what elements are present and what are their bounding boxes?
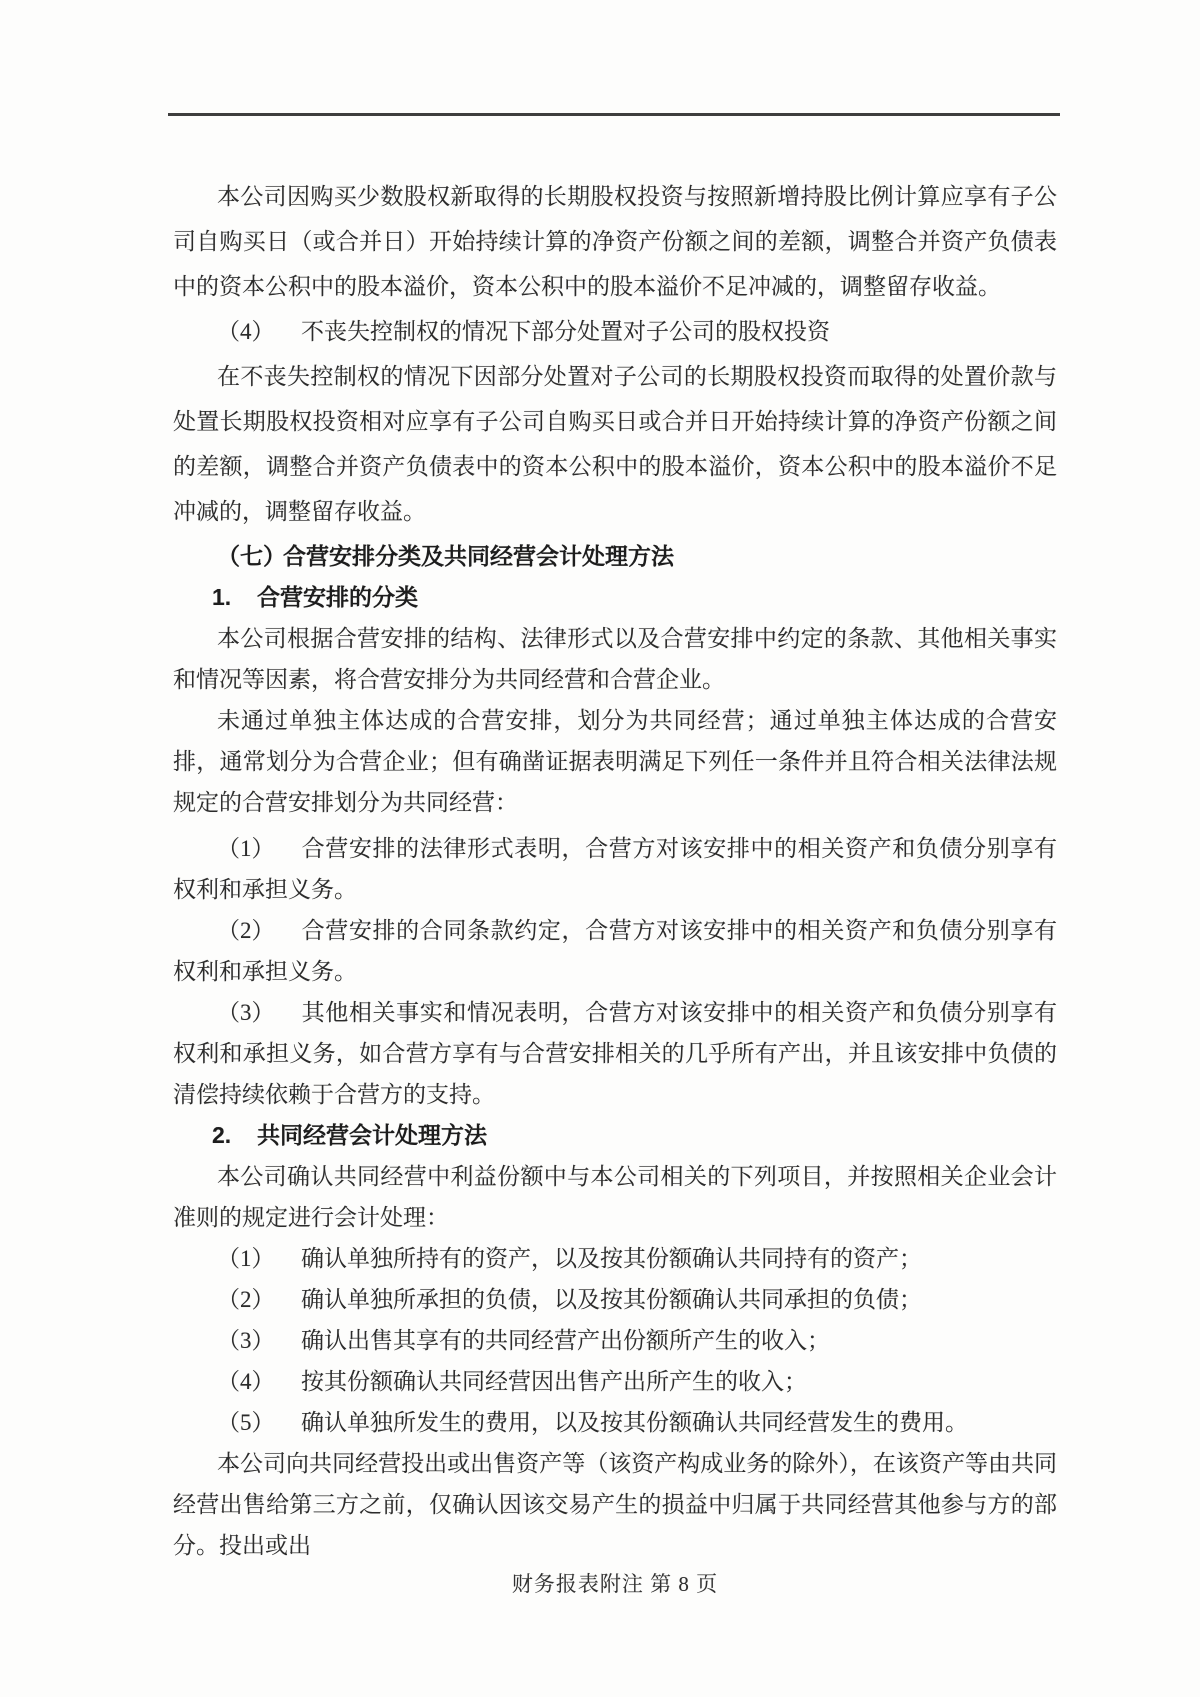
item-number: （1）	[217, 1238, 301, 1279]
item-number: （2）	[217, 1279, 301, 1320]
subsection-heading: 1.合营安排的分类	[173, 577, 1057, 618]
item-number: （3）	[217, 1320, 301, 1361]
document-body: 本公司因购买少数股权新取得的长期股权投资与按照新增持股比例计算应享有子公司自购买…	[173, 174, 1057, 1566]
section-number: （七）	[217, 536, 283, 577]
section-heading: （七）合营安排分类及共同经营会计处理方法	[173, 536, 1057, 577]
subsection-number: 2.	[212, 1115, 257, 1156]
numbered-item: （3）其他相关事实和情况表明，合营方对该安排中的相关资产和负债分别享有权利和承担…	[173, 992, 1057, 1115]
document-page: 本公司因购买少数股权新取得的长期股权投资与按照新增持股比例计算应享有子公司自购买…	[0, 0, 1200, 1697]
item-text: 不丧失控制权的情况下部分处置对子公司的股权投资	[301, 319, 830, 344]
item-text: 确认出售其享有的共同经营产出份额所产生的收入；	[301, 1328, 830, 1353]
item-text: 按其份额确认共同经营因出售产出所产生的收入；	[301, 1369, 807, 1394]
item-number: （3）	[217, 992, 301, 1033]
paragraph: 本公司向共同经营投出或出售资产等（该资产构成业务的除外），在该资产等由共同经营出…	[173, 1443, 1057, 1566]
paragraph: 未通过单独主体达成的合营安排，划分为共同经营；通过单独主体达成的合营安排，通常划…	[173, 700, 1057, 823]
numbered-item: （1）确认单独所持有的资产，以及按其份额确认共同持有的资产；	[173, 1238, 1057, 1279]
item-text: 合营安排的法律形式表明，合营方对该安排中的相关资产和负债分别享有权利和承担义务。	[173, 836, 1057, 902]
item-number: （4）	[217, 1361, 301, 1402]
paragraph: 本公司因购买少数股权新取得的长期股权投资与按照新增持股比例计算应享有子公司自购买…	[173, 174, 1057, 309]
header-rule	[168, 113, 1060, 116]
numbered-item: （4）按其份额确认共同经营因出售产出所产生的收入；	[173, 1361, 1057, 1402]
item-number: （5）	[217, 1402, 301, 1443]
page-footer-text: 财务报表附注 第 8 页	[512, 1572, 718, 1596]
paragraph: 本公司确认共同经营中利益份额中与本公司相关的下列项目，并按照相关企业会计准则的规…	[173, 1156, 1057, 1238]
subsection-title: 合营安排的分类	[257, 584, 418, 610]
paragraph: 在不丧失控制权的情况下因部分处置对子公司的长期股权投资而取得的处置价款与处置长期…	[173, 354, 1057, 534]
section-title: 合营安排分类及共同经营会计处理方法	[283, 543, 674, 569]
page-footer: 财务报表附注 第 8 页	[173, 1568, 1057, 1598]
paragraph: 本公司根据合营安排的结构、法律形式以及合营安排中约定的条款、其他相关事实和情况等…	[173, 618, 1057, 700]
item-text: 合营安排的合同条款约定，合营方对该安排中的相关资产和负债分别享有权利和承担义务。	[173, 918, 1057, 984]
numbered-item: （2）合营安排的合同条款约定，合营方对该安排中的相关资产和负债分别享有权利和承担…	[173, 910, 1057, 992]
item-text: 其他相关事实和情况表明，合营方对该安排中的相关资产和负债分别享有权利和承担义务，…	[173, 1000, 1057, 1107]
item-number: （1）	[217, 828, 301, 869]
subsection-heading: 2.共同经营会计处理方法	[173, 1115, 1057, 1156]
subsection-title: 共同经营会计处理方法	[257, 1122, 487, 1148]
item-number: （2）	[217, 910, 301, 951]
numbered-item: （5）确认单独所发生的费用，以及按其份额确认共同经营发生的费用。	[173, 1402, 1057, 1443]
item-text: 确认单独所持有的资产，以及按其份额确认共同持有的资产；	[301, 1246, 922, 1271]
item-number: （4）	[217, 309, 301, 354]
numbered-item: （2）确认单独所承担的负债，以及按其份额确认共同承担的负债；	[173, 1279, 1057, 1320]
subsection-number: 1.	[212, 577, 257, 618]
item-text: 确认单独所发生的费用，以及按其份额确认共同经营发生的费用。	[301, 1410, 968, 1435]
item-text: 确认单独所承担的负债，以及按其份额确认共同承担的负债；	[301, 1287, 922, 1312]
numbered-item: （4）不丧失控制权的情况下部分处置对子公司的股权投资	[173, 309, 1057, 354]
numbered-item: （3）确认出售其享有的共同经营产出份额所产生的收入；	[173, 1320, 1057, 1361]
numbered-item: （1）合营安排的法律形式表明，合营方对该安排中的相关资产和负债分别享有权利和承担…	[173, 828, 1057, 910]
